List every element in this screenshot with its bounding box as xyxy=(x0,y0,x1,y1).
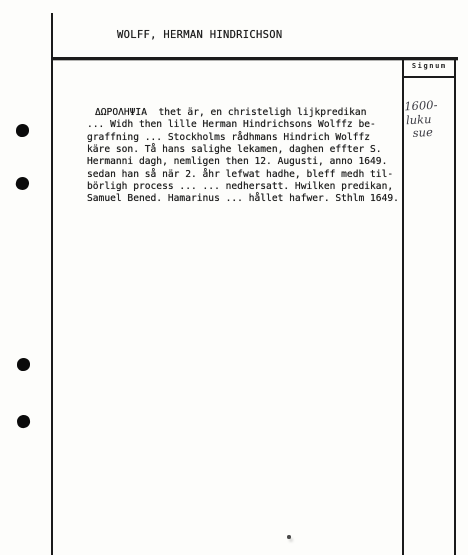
text-line: börligh process ... ... nedhersatt. Hwil… xyxy=(87,181,417,193)
signum-underline-rule xyxy=(403,76,454,78)
ink-speck xyxy=(287,535,291,539)
entry-text: ΔΩΡΟΛΗΨΙΑ thet är, en christeligh lijkpr… xyxy=(87,107,417,206)
text-line: ... Widh then lille Herman Hindrichsons … xyxy=(87,119,417,131)
text-line: Samuel Bened. Hamarinus ... hållet hafwe… xyxy=(87,193,417,205)
punch-hole xyxy=(17,358,30,371)
signum-column-header: Signum xyxy=(403,62,454,70)
header-rule xyxy=(51,57,458,60)
text-line: graffning ... Stockholms rådhmans Hindri… xyxy=(87,132,417,144)
punch-hole xyxy=(16,124,29,137)
text-line: ΔΩΡΟΛΗΨΙΑ thet är, en christeligh lijkpr… xyxy=(87,107,417,119)
card-heading: WOLFF, HERMAN HINDRICHSON xyxy=(117,29,283,41)
text-line: käre son. Tå hans salighe lekamen, daghe… xyxy=(87,144,417,156)
handwriting-line: sue xyxy=(412,125,458,141)
catalog-card: WOLFF, HERMAN HINDRICHSON Signum 1600- l… xyxy=(0,0,468,555)
text-line: Hermanni dagh, nemligen then 12. Augusti… xyxy=(87,156,417,168)
punch-hole xyxy=(14,176,30,191)
left-margin-rule xyxy=(51,13,53,555)
punch-hole xyxy=(16,413,31,428)
text-line: sedan han så när 2. åhr lefwat hadhe, bl… xyxy=(87,169,417,181)
